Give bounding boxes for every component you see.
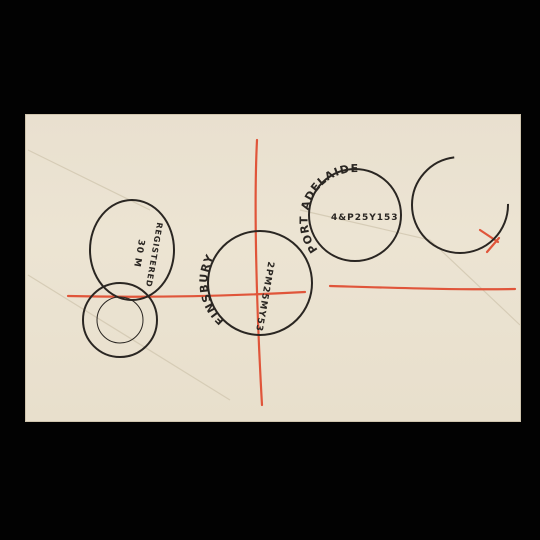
envelope-markings: PORT ADELAIDE 4&P25Y153 FINSBURY 2PM25MY… [0,0,540,540]
svg-text:PORT ADELAIDE: PORT ADELAIDE [297,162,359,256]
postmark-registered-adelaide [412,157,508,253]
red-crayon-cross [68,140,515,405]
svg-text:REGISTERED: REGISTERED [144,222,164,289]
svg-text:30 M: 30 M [131,239,146,269]
postmark-port-adelaide: PORT ADELAIDE 4&P25Y153 [297,162,403,261]
postmark-armadale [83,283,157,357]
svg-text:4&P25Y153: 4&P25Y153 [331,213,399,223]
svg-text:FINSBURY: FINSBURY [197,252,227,327]
postmark-finsbury: FINSBURY 2PM25MY53 [197,231,312,335]
